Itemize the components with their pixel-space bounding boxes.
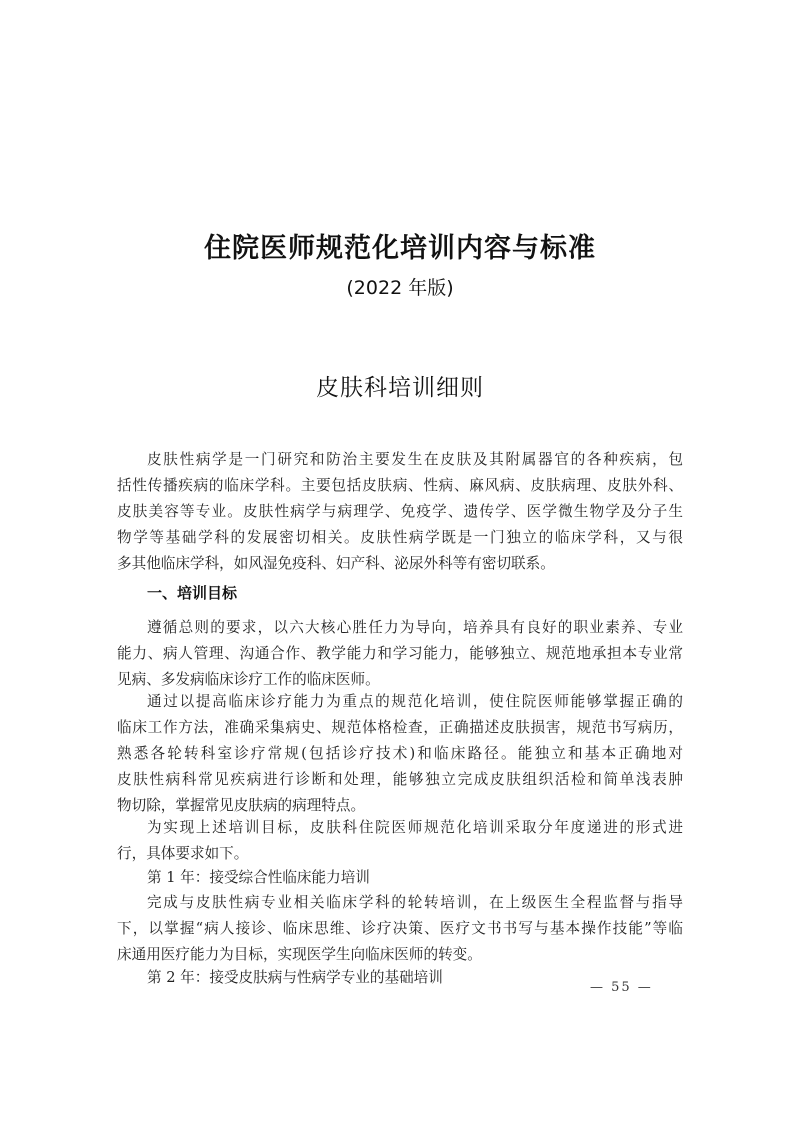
document-page: 住院医师规范化培训内容与标准 (2022 年版) 皮肤科培训细则 皮肤性病学是一… bbox=[0, 0, 800, 1131]
text-line: 皮肤性病学是一门研究和防治主要发生在皮肤及其附属器官的各种疾病，包 bbox=[117, 447, 683, 473]
text-line: 皮肤美容等专业。皮肤性病学与病理学、免疫学、遗传学、医学微生物学及分子生 bbox=[117, 499, 683, 525]
text-line: 能力、病人管理、沟通合作、教学能力和学习能力，能够独立、规范地承担本专业常 bbox=[117, 641, 683, 667]
year-1-paragraph: 完成与皮肤性病专业相关临床学科的轮转培训，在上级医生全程监督与指导 下，以掌握“… bbox=[117, 890, 683, 968]
text-line: 第 1 年：接受综合性临床能力培训 bbox=[117, 865, 683, 891]
section-title: 皮肤科培训细则 bbox=[0, 369, 800, 402]
document-title: 住院医师规范化培训内容与标准 bbox=[0, 226, 800, 265]
text-line: 熟悉各轮转科室诊疗常规(包括诊疗技术)和临床路径。能独立和基本正确地对 bbox=[117, 741, 683, 767]
intro-paragraph: 皮肤性病学是一门研究和防治主要发生在皮肤及其附属器官的各种疾病，包 括性传播疾病… bbox=[117, 447, 683, 577]
goal-paragraph-2: 通过以提高临床诊疗能力为重点的规范化培训，使住院医师能够掌握正确的 临床工作方法… bbox=[117, 689, 683, 819]
text-line: 多其他临床学科，如风湿免疫科、妇产科、泌尿外科等有密切联系。 bbox=[117, 551, 683, 577]
text-line: 临床工作方法，准确采集病史、规范体格检查，正确描述皮肤损害，规范书写病历， bbox=[117, 715, 683, 741]
heading-training-goals: 一、培训目标 bbox=[147, 582, 237, 603]
text-line: 为实现上述培训目标，皮肤科住院医师规范化培训采取分年度递进的形式进 bbox=[117, 815, 683, 841]
goal-paragraph-3: 为实现上述培训目标，皮肤科住院医师规范化培训采取分年度递进的形式进 行，具体要求… bbox=[117, 815, 683, 867]
text-line: 下，以掌握“病人接诊、临床思维、诊疗决策、医疗文书书写与基本操作技能”等临 bbox=[117, 916, 683, 942]
text-line: 括性传播疾病的临床学科。主要包括皮肤病、性病、麻风病、皮肤病理、皮肤外科、 bbox=[117, 473, 683, 499]
text-line: 皮肤性病科常见疾病进行诊断和处理，能够独立完成皮肤组织活检和简单浅表肿 bbox=[117, 767, 683, 793]
text-line: 通过以提高临床诊疗能力为重点的规范化培训，使住院医师能够掌握正确的 bbox=[117, 689, 683, 715]
year-1-heading: 第 1 年：接受综合性临床能力培训 bbox=[117, 865, 683, 891]
text-line: 完成与皮肤性病专业相关临床学科的轮转培训，在上级医生全程监督与指导 bbox=[117, 890, 683, 916]
text-line: 遵循总则的要求，以六大核心胜任力为导向，培养具有良好的职业素养、专业 bbox=[117, 615, 683, 641]
text-line: 物学等基础学科的发展密切相关。皮肤性病学既是一门独立的临床学科，又与很 bbox=[117, 525, 683, 551]
text-line: 行，具体要求如下。 bbox=[117, 841, 683, 867]
page-number: — 55 — bbox=[590, 980, 653, 995]
document-subtitle: (2022 年版) bbox=[0, 273, 800, 300]
goal-paragraph-1: 遵循总则的要求，以六大核心胜任力为导向，培养具有良好的职业素养、专业 能力、病人… bbox=[117, 615, 683, 693]
